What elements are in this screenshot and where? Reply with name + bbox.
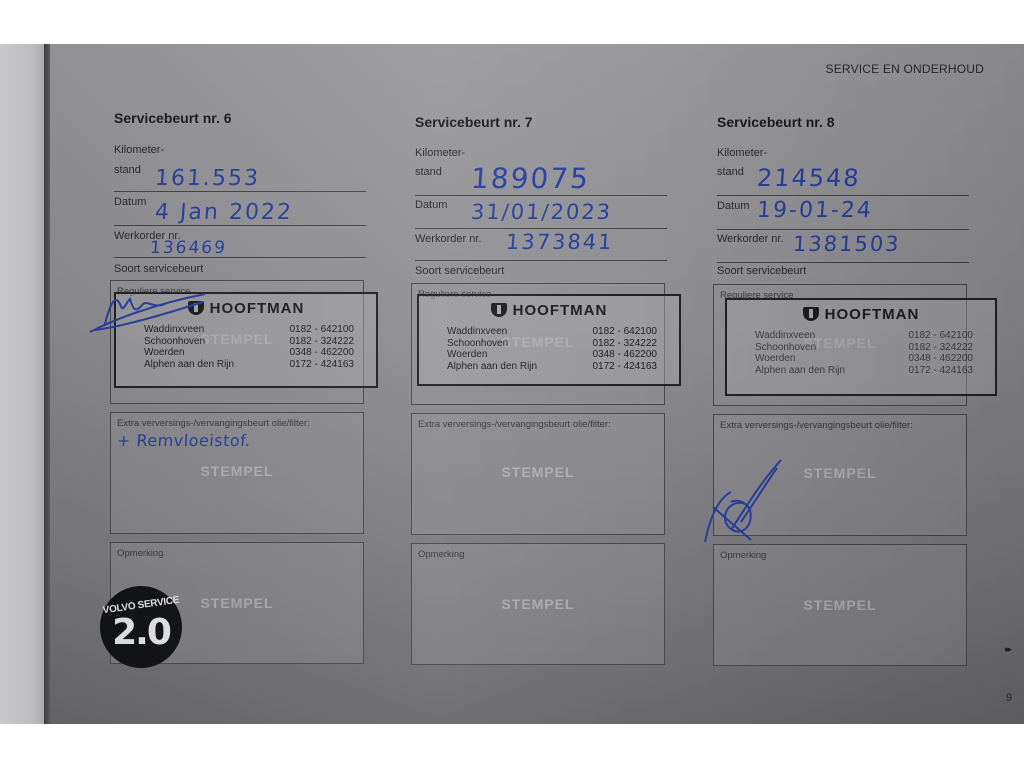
field-line xyxy=(415,195,667,196)
stamp-placeholder: STEMPEL xyxy=(412,596,664,612)
stamp-placeholder: STEMPEL xyxy=(714,597,966,613)
extra-service-label: Extra verversings-/vervangingsbeurt olie… xyxy=(720,420,913,431)
field-line xyxy=(717,195,969,196)
field-line xyxy=(717,229,969,230)
date-label: Datum xyxy=(114,196,146,209)
extra-service-label: Extra verversings-/vervangingsbeurt olie… xyxy=(418,419,611,430)
km-value[interactable]: 161.553 xyxy=(154,166,261,191)
service-title: Servicebeurt nr. 8 xyxy=(717,114,835,130)
stamp-placeholder: STEMPEL xyxy=(111,463,363,479)
dealer-stamp: HOOFTMAN Waddinxveen0182 - 642100 Schoon… xyxy=(417,294,681,386)
service-title: Servicebeurt nr. 7 xyxy=(415,114,533,130)
service-column-8: Servicebeurt nr. 8 Kilometer- stand 2145… xyxy=(713,44,973,724)
dealer-stamp: HOOFTMAN Waddinxveen0182 - 642100 Schoon… xyxy=(725,298,997,396)
km-label-1: Kilometer- xyxy=(114,144,164,157)
service-booklet-page: SERVICE EN ONDERHOUD Servicebeurt nr. 6 … xyxy=(50,44,1024,724)
date-value[interactable]: 31/01/2023 xyxy=(470,200,613,224)
km-label-2: stand xyxy=(114,164,141,177)
remark-label: Opmerking xyxy=(720,550,766,561)
dealer-locations: Waddinxveen0182 - 642100 Schoonhoven0182… xyxy=(755,330,973,376)
km-value[interactable]: 214548 xyxy=(756,164,862,192)
km-value[interactable]: 189075 xyxy=(470,162,591,195)
badge-version: 2.0 xyxy=(100,612,182,653)
date-label: Datum xyxy=(717,200,749,213)
remark-box[interactable]: Opmerking STEMPEL xyxy=(411,543,665,665)
extra-service-label: Extra verversings-/vervangingsbeurt olie… xyxy=(117,418,310,429)
hooftman-logo-icon xyxy=(491,303,507,317)
volvo-service-badge: VOLVO SERVICE 2.0 xyxy=(100,586,182,668)
field-line xyxy=(717,262,969,263)
dealer-locations: Waddinxveen0182 - 642100 Schoonhoven0182… xyxy=(447,326,657,372)
extra-service-box[interactable]: Extra verversings-/vervangingsbeurt olie… xyxy=(411,413,665,535)
extra-service-box[interactable]: Extra verversings-/vervangingsbeurt olie… xyxy=(110,412,364,534)
date-label: Datum xyxy=(415,199,447,212)
km-label-2: stand xyxy=(415,166,442,179)
workorder-value[interactable]: 1381503 xyxy=(792,232,901,256)
km-label-2: stand xyxy=(717,166,744,179)
workorder-label: Werkorder nr. xyxy=(415,233,481,246)
remark-label: Opmerking xyxy=(117,548,163,559)
service-title: Servicebeurt nr. 6 xyxy=(114,110,232,126)
remark-label: Opmerking xyxy=(418,549,464,560)
page-number: 9 xyxy=(1006,692,1012,704)
field-line xyxy=(114,257,366,258)
stamp-placeholder: STEMPEL xyxy=(412,464,664,480)
signature-icon xyxy=(701,452,801,547)
hooftman-logo-icon xyxy=(803,307,819,321)
left-page-edge xyxy=(0,44,46,724)
workorder-label: Werkorder nr. xyxy=(717,233,783,246)
dealer-brand: HOOFTMAN xyxy=(419,302,679,319)
continue-arrows-icon: ▸▸ xyxy=(1005,644,1010,655)
field-line xyxy=(415,228,667,229)
field-line xyxy=(114,225,366,226)
dealer-brand: HOOFTMAN xyxy=(727,306,995,323)
km-label-1: Kilometer- xyxy=(717,147,767,160)
workorder-value[interactable]: 1373841 xyxy=(505,230,614,254)
service-type-label: Soort servicebeurt xyxy=(415,265,504,278)
workorder-value[interactable]: 136469 xyxy=(149,238,227,258)
km-label-1: Kilometer- xyxy=(415,147,465,160)
field-line xyxy=(114,191,366,192)
date-value[interactable]: 19-01-24 xyxy=(756,198,874,223)
date-value[interactable]: 4 Jan 2022 xyxy=(154,200,294,225)
extra-note[interactable]: + Remvloeistof. xyxy=(116,431,251,450)
remark-box[interactable]: Opmerking STEMPEL xyxy=(713,544,967,666)
service-column-7: Servicebeurt nr. 7 Kilometer- stand 1890… xyxy=(411,44,671,724)
signature-icon xyxy=(85,274,215,344)
service-type-label: Soort servicebeurt xyxy=(717,265,806,278)
field-line xyxy=(415,260,667,261)
